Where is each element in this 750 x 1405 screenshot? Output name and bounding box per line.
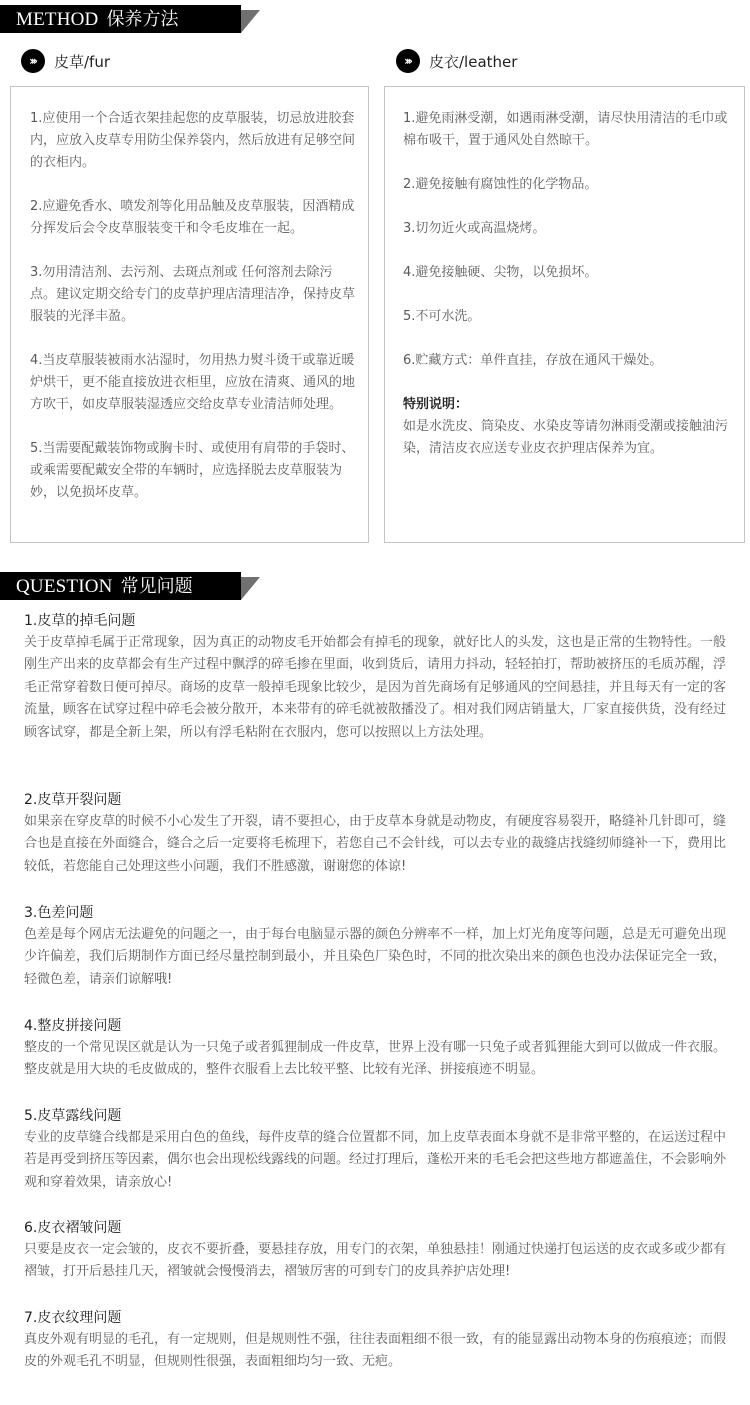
leather-care-box: 1.避免雨淋受潮，如遇雨淋受潮，请尽快用清洁的毛巾或棉布吸干，置于通风处自然晾干… <box>384 86 745 543</box>
faq-item: 6.皮衣褶皱问题 只要是皮衣一定会皱的，皮衣不要折叠，要悬挂存放，用专门的衣架，… <box>24 1218 729 1284</box>
faq-answer: 如果亲在穿皮草的时候不小心发生了开裂，请不要担心，由于皮草本身就是动物皮，有硬度… <box>24 811 729 878</box>
fur-care-item: 4.当皮草服装被雨水沾湿时，勿用热力熨斗烫干或靠近暖炉烘干，更不能直接放进衣柜里… <box>30 350 356 416</box>
leather-subheader: ››› 皮衣/leather <box>396 49 517 73</box>
faq-question: 2.皮草开裂问题 <box>24 790 729 810</box>
fur-subheader: ››› 皮草/fur <box>21 49 110 73</box>
faq-question: 7.皮衣纹理问题 <box>24 1308 729 1328</box>
banner-title-en: QUESTION <box>16 576 113 597</box>
faq-answer: 真皮外观有明显的毛孔，有一定规则，但是规则性不强，往往表面粗细不很一致，有的能显… <box>24 1329 729 1374</box>
method-banner-title: METHOD保养方法 <box>16 7 178 32</box>
leather-care-item: 6.贮藏方式：单件直挂，存放在通风干燥处。 <box>403 350 730 372</box>
fur-care-box: 1.应使用一个合适衣架挂起您的皮草服装，切忌放进胶套内，应放入皮草专用防尘保养袋… <box>10 86 369 543</box>
special-note-title: 特别说明： <box>403 394 730 416</box>
banner-title-cn: 保养方法 <box>106 9 178 30</box>
faq-answer: 色差是每个网店无法避免的问题之一，由于每台电脑显示器的颜色分辨率不一样，加上灯光… <box>24 924 729 991</box>
faq-question: 4.整皮拼接问题 <box>24 1016 729 1036</box>
banner-title-en: METHOD <box>16 9 98 30</box>
faq-item: 5.皮草露线问题 专业的皮草缝合线都是采用白色的鱼线，每件皮草的缝合位置都不同，… <box>24 1106 729 1194</box>
faq-answer: 只要是皮衣一定会皱的，皮衣不要折叠，要悬挂存放，用专门的衣架，单独悬挂！刚通过快… <box>24 1239 729 1284</box>
special-note-text: 如是水洗皮、筒染皮、水染皮等请勿淋雨受潮或接触油污染，清洁皮衣应送专业皮衣护理店… <box>403 416 730 460</box>
banner-title-cn: 常见问题 <box>121 576 193 597</box>
leather-care-item: 4.避免接触硬、尖物，以免损坏。 <box>403 262 730 284</box>
faq-answer: 专业的皮草缝合线都是采用白色的鱼线，每件皮草的缝合位置都不同，加上皮草表面本身就… <box>24 1127 729 1194</box>
faq-item: 1.皮草的掉毛问题 关于皮草掉毛属于正常现象，因为真正的动物皮毛开始都会有掉毛的… <box>24 611 729 744</box>
faq-question: 1.皮草的掉毛问题 <box>24 611 729 631</box>
faq-item: 3.色差问题 色差是每个网店无法避免的问题之一，由于每台电脑显示器的颜色分辨率不… <box>24 903 729 991</box>
banner-corner-decoration <box>241 577 260 600</box>
fur-title: 皮草/fur <box>54 51 110 72</box>
chevron-triple-right-icon: ››› <box>21 49 45 73</box>
question-banner-title: QUESTION常见问题 <box>16 574 193 599</box>
leather-care-item: 5.不可水洗。 <box>403 306 730 328</box>
faq-item: 2.皮草开裂问题 如果亲在穿皮草的时候不小心发生了开裂，请不要担心，由于皮草本身… <box>24 790 729 878</box>
fur-care-item: 2.应避免香水、喷发剂等化用品触及皮草服装，因酒精成分挥发后会令皮草服装变干和令… <box>30 196 356 240</box>
leather-care-item: 1.避免雨淋受潮，如遇雨淋受潮，请尽快用清洁的毛巾或棉布吸干，置于通风处自然晾干… <box>403 108 730 152</box>
leather-care-item: 2.避免接触有腐蚀性的化学物品。 <box>403 174 730 196</box>
chevron-triple-right-icon: ››› <box>396 49 420 73</box>
faq-item: 7.皮衣纹理问题 真皮外观有明显的毛孔，有一定规则，但是规则性不强，往往表面粗细… <box>24 1308 729 1374</box>
fur-care-item: 5.当需要配戴装饰物或胸卡时、或使用有肩带的手袋时、或乘需要配戴安全带的车辆时，… <box>30 438 356 504</box>
faq-question: 3.色差问题 <box>24 903 729 923</box>
leather-title: 皮衣/leather <box>429 51 517 72</box>
faq-question: 5.皮草露线问题 <box>24 1106 729 1126</box>
faq-item: 4.整皮拼接问题 整皮的一个常见误区就是认为一只兔子或者狐狸制成一件皮草，世界上… <box>24 1016 729 1082</box>
question-banner: QUESTION常见问题 <box>0 572 260 600</box>
fur-care-item: 3.勿用清洁剂、去污剂、去斑点剂或 任何溶剂去除污点。建议定期交给专门的皮草护理… <box>30 262 356 328</box>
faq-question: 6.皮衣褶皱问题 <box>24 1218 729 1238</box>
banner-corner-decoration <box>241 10 260 33</box>
faq-answer: 整皮的一个常见误区就是认为一只兔子或者狐狸制成一件皮草，世界上没有哪一只兔子或者… <box>24 1037 729 1082</box>
method-banner: METHOD保养方法 <box>0 5 260 33</box>
fur-care-item: 1.应使用一个合适衣架挂起您的皮草服装，切忌放进胶套内，应放入皮草专用防尘保养袋… <box>30 108 356 174</box>
faq-answer: 关于皮草掉毛属于正常现象，因为真正的动物皮毛开始都会有掉毛的现象，就好比人的头发… <box>24 632 729 744</box>
leather-care-item: 3.切勿近火或高温烧烤。 <box>403 218 730 240</box>
